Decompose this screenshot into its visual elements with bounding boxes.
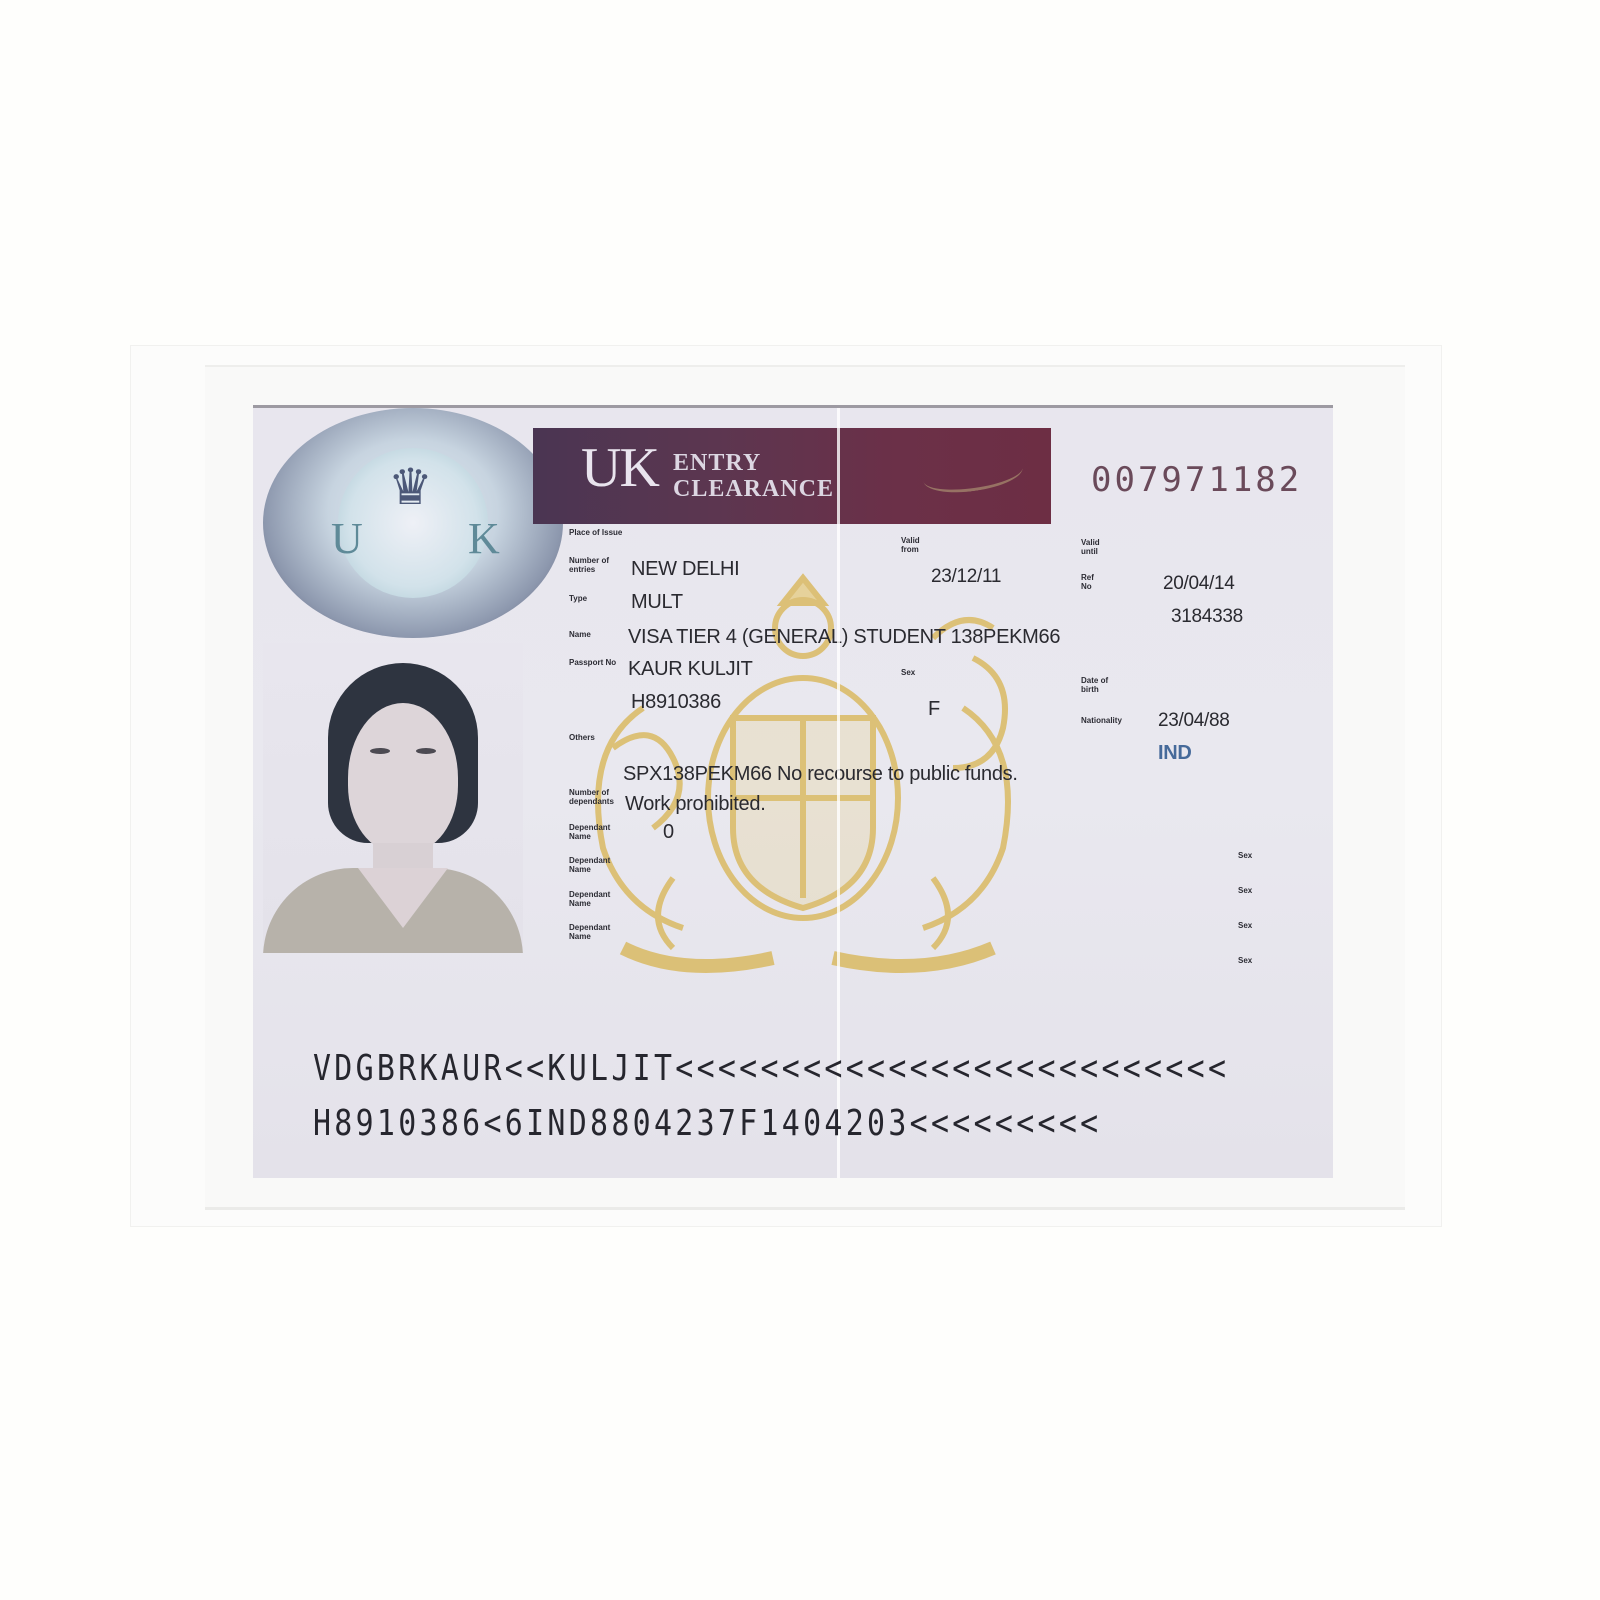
photo-eye-left [370,748,390,754]
value-visa-category: VISA TIER 4 (GENERAL) STUDENT 138PEKM66 [628,626,1060,649]
value-remarks-line1: SPX138PEKM66 No recourse to public funds… [623,763,1018,786]
crown-icon: ♛ [388,458,433,516]
label-sex-2: Sex [1238,886,1252,895]
label-dependant-3: Dependant Name [569,890,623,908]
label-number-of-dependants: Number of dependants [569,788,623,806]
photo-eye-right [416,748,436,754]
visa-vignette: ♛ U K UK ENTRY CLEARANCE 007971182 [253,405,1333,1178]
serial-number: 007971182 [1091,460,1302,500]
signature-mark [921,451,1025,498]
uk-seal-emblem: ♛ U K [263,408,563,638]
mrz-line-1: VDGBRKAUR<<KULJIT<<<<<<<<<<<<<<<<<<<<<<<… [313,1048,1229,1089]
label-others: Others [569,733,595,742]
value-date-of-birth: 23/04/88 [1158,710,1230,732]
seal-letter-u: U [331,513,363,564]
value-valid-from: 23/12/11 [931,566,1001,588]
label-sex: Sex [901,668,915,677]
value-remarks-line2: Work prohibited. [625,793,765,816]
header-title: ENTRY CLEARANCE [673,450,834,502]
mrz-line-2: H8910386<6IND8804237F1404203<<<<<<<<< [313,1103,1101,1144]
label-valid-from: Valid from [901,536,931,554]
value-reference: 3184338 [1171,606,1243,628]
label-name: Name [569,630,591,639]
label-date-of-birth: Date of birth [1081,676,1125,694]
label-sex-1: Sex [1238,851,1252,860]
label-sex-4: Sex [1238,956,1252,965]
value-valid-until: 20/04/14 [1163,573,1235,595]
value-holder-name: KAUR KULJIT [628,658,753,681]
entry-clearance-header: UK ENTRY CLEARANCE [533,428,1051,524]
label-dependant-4: Dependant Name [569,923,623,941]
label-place-of-issue: Place of Issue [569,528,622,537]
header-title-line1: ENTRY [673,450,834,476]
label-passport-no: Passport No [569,658,623,667]
label-sex-3: Sex [1238,921,1252,930]
photo-face [348,703,458,853]
label-type: Type [569,594,587,603]
value-passport-number: H8910386 [631,691,721,714]
label-dependant-2: Dependant Name [569,856,623,874]
value-nationality: IND [1158,742,1192,765]
seal-letter-k: K [468,513,500,564]
value-number-of-dependants: 0 [663,821,674,844]
uk-logo: UK [581,436,658,500]
holder-photo [263,643,523,953]
header-title-line2: CLEARANCE [673,476,834,502]
label-valid-until: Valid until [1081,538,1111,556]
label-ref-no: Ref No [1081,573,1105,591]
value-place-of-issue: NEW DELHI [631,558,739,581]
label-number-of-entries: Number of entries [569,556,623,574]
label-dependant-1: Dependant Name [569,823,623,841]
label-nationality: Nationality [1081,716,1122,725]
value-sex: F [928,698,940,721]
value-type: MULT [631,591,683,614]
